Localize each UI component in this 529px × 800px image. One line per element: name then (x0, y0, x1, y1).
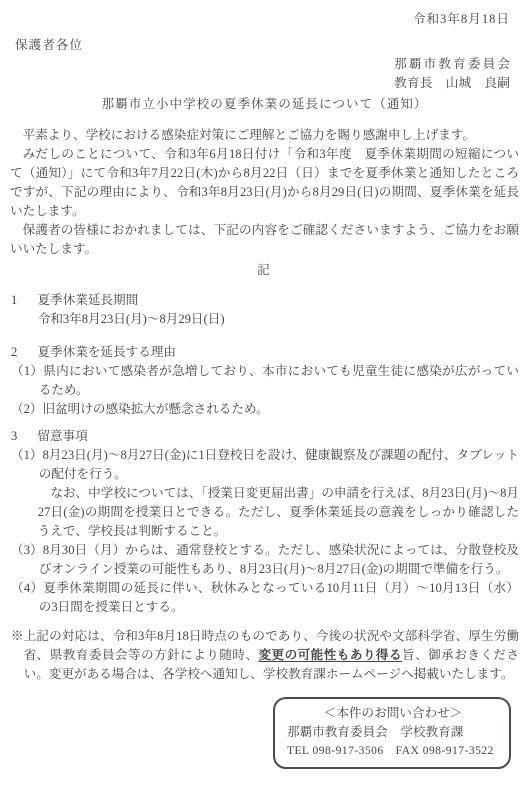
contact-organization: 那覇市教育委員会 学校教育課 (287, 723, 499, 742)
reason-item-2-text: 旧盆明けの感染拡大が懸念されるため。 (42, 402, 268, 416)
section-1-content: 令和3年8月23日(月)～8月29日(日) (10, 310, 519, 329)
paragraph-request: 保護者の皆様におかれましては、下記の内容をご確認くださいますよう、ご協力をお願い… (10, 221, 519, 259)
attention-item-1-label: （1） (11, 448, 43, 462)
attention-item-4: （4）夏季休業期間の延長に伴い、秋休みとなっている10月11日（月）～10月13… (11, 579, 519, 617)
contact-tel-fax: TEL 098-917-3506 FAX 098-917-3522 (287, 742, 499, 761)
reason-item-2-label: （2） (11, 402, 42, 416)
sender-block: 那覇市教育委員会 教育長 山城 良嗣 (10, 55, 519, 93)
section-3-number: 3 (11, 427, 37, 446)
attention-item-3-label: （3） (11, 543, 43, 557)
attention-item-1-note: なお、中学校については、「授業日変更届出書」の申請を行えば、8月23日(月)～8… (10, 484, 519, 541)
reason-item-1-text: 県内において感染者が急増しており、本市においても児童生徒に感染が広がっているため… (39, 364, 519, 397)
reason-item-1: （1）県内において感染者が急増しており、本市においても児童生徒に感染が広がってい… (11, 362, 519, 400)
disclaimer-note: ※上記の対応は、令和3年8月18日時点のものであり、今後の状況や文部科学省、厚生… (11, 627, 519, 684)
sender-person: 教育長 山城 良嗣 (394, 74, 510, 93)
attention-item-4-label: （4） (11, 581, 43, 595)
note-marker: ※ (11, 629, 24, 643)
greeting-paragraphs: 平素より、学校における感染症対策にご理解とご協力を賜り感謝申し上げます。 みだし… (10, 126, 519, 259)
sender-organization: 那覇市教育委員会 (394, 55, 510, 74)
section-3-heading: 3 留意事項 (11, 427, 519, 446)
note-emphasis-text: 変更の可能性もあり得る (258, 648, 402, 662)
section-2-heading: 2 夏季休業を延長する理由 (11, 343, 519, 362)
attention-item-3-text: 8月30日（月）からは、通常登校とする。ただし、感染状況によっては、分散登校及び… (39, 543, 519, 576)
reason-item-2: （2）旧盆明けの感染拡大が懸念されるため。 (11, 400, 519, 419)
contact-info-box: ＜本件のお問い合わせ＞ 那覇市教育委員会 学校教育課 TEL 098-917-3… (273, 697, 511, 769)
section-extension-period: 1 夏季休業延長期間 令和3年8月23日(月)～8月29日(日) (10, 291, 519, 329)
section-1-heading: 1 夏季休業延長期間 (11, 291, 519, 310)
attention-item-4-text: 夏季休業期間の延長に伴い、秋休みとなっている10月11日（月）～10月13日（水… (39, 581, 519, 614)
attention-item-1: （1）8月23日(月)～8月27日(金)に1日登校日を設け、健康観察及び課題の配… (11, 446, 519, 484)
section-points-of-attention: 3 留意事項 （1）8月23日(月)～8月27日(金)に1日登校日を設け、健康観… (10, 427, 519, 617)
section-1-title: 夏季休業延長期間 (37, 291, 138, 310)
section-3-title: 留意事項 (37, 427, 87, 446)
section-extension-reasons: 2 夏季休業を延長する理由 （1）県内において感染者が急増しており、本市において… (10, 343, 519, 419)
reason-item-1-label: （1） (11, 364, 43, 378)
attention-item-1-text: 8月23日(月)～8月27日(金)に1日登校日を設け、健康観察及び課題の配付、タ… (39, 448, 519, 481)
section-1-number: 1 (11, 291, 37, 310)
section-2-title: 夏季休業を延長する理由 (37, 343, 176, 362)
notice-document: 令和3年8月18日 保護者各位 那覇市教育委員会 教育長 山城 良嗣 那覇市立小… (0, 0, 529, 800)
attention-item-3: （3）8月30日（月）からは、通常登校とする。ただし、感染状況によっては、分散登… (11, 541, 519, 579)
contact-box-title: ＜本件のお問い合わせ＞ (287, 704, 499, 723)
document-date: 令和3年8月18日 (10, 10, 519, 29)
ki-separator: 記 (10, 261, 519, 280)
document-title: 那覇市立小中学校の夏季休業の延長について（通知） (10, 95, 519, 114)
paragraph-main-notice: みだしのことについて、令和3年6月18日付け「令和3年度 夏季休業期間の短縮につ… (10, 145, 519, 221)
paragraph-greeting: 平素より、学校における感染症対策にご理解とご協力を賜り感謝申し上げます。 (10, 126, 519, 145)
addressee: 保護者各位 (15, 36, 519, 55)
section-2-number: 2 (11, 343, 37, 362)
